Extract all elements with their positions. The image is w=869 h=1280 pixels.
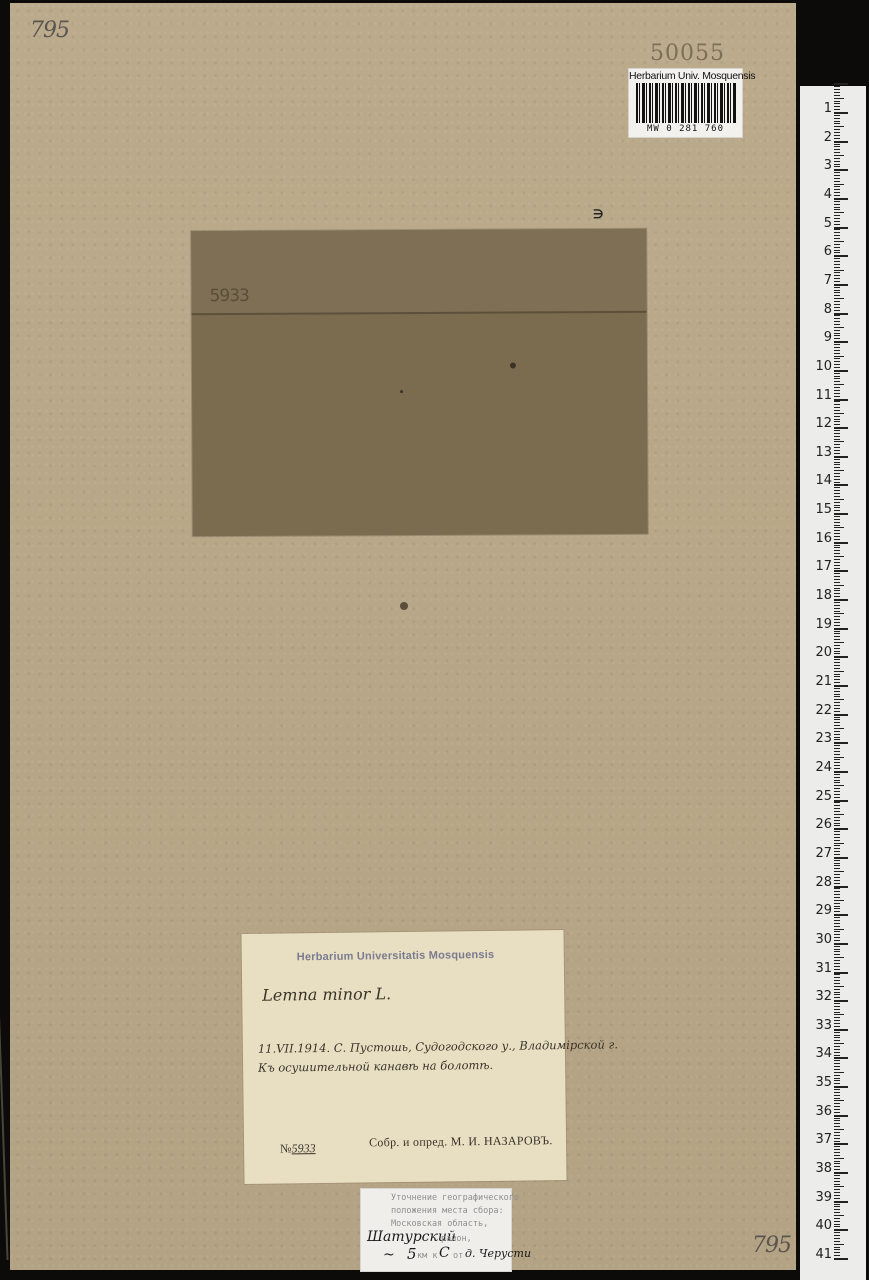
ruler-tick xyxy=(834,937,840,938)
ruler-tick xyxy=(834,1206,840,1207)
ruler-label: 7 xyxy=(824,273,832,288)
envelope-flap: 5933 xyxy=(191,229,646,315)
ruler-tick xyxy=(834,95,840,96)
ruler-tick xyxy=(834,1120,840,1121)
ruler-tick xyxy=(834,656,848,658)
ruler-tick xyxy=(834,484,848,486)
ruler-tick xyxy=(834,625,840,626)
ruler-tick xyxy=(834,1143,848,1145)
ruler-label: 14 xyxy=(815,473,832,488)
ruler-tick xyxy=(834,539,840,540)
ruler-tick xyxy=(834,949,840,950)
ruler-tick xyxy=(834,837,840,838)
ruler-tick xyxy=(834,132,840,133)
ruler-tick xyxy=(834,229,840,230)
ruler-tick xyxy=(834,315,840,316)
ruler-tick xyxy=(834,135,840,136)
ruler-tick xyxy=(834,1049,840,1050)
ruler-tick xyxy=(834,476,840,477)
ruler-tick xyxy=(834,963,840,964)
ruler-tick xyxy=(834,1146,840,1147)
ruler-tick xyxy=(834,1037,840,1038)
ruler-tick xyxy=(834,264,840,265)
ruler-tick xyxy=(834,186,840,187)
ruler-tick xyxy=(834,1083,840,1084)
ruler-tick xyxy=(834,1017,840,1018)
ruler-tick xyxy=(834,639,840,640)
ruler-tick xyxy=(834,1209,840,1210)
ruler-tick xyxy=(834,771,848,773)
ruler-tick xyxy=(834,441,844,442)
ruler-tick xyxy=(834,765,840,766)
ruler-tick xyxy=(834,1155,840,1156)
ruler-tick xyxy=(834,493,840,494)
ruler-tick xyxy=(834,843,844,844)
ruler-tick xyxy=(834,880,840,881)
barcode-title: Herbarium Univ. Mosquensis xyxy=(629,70,742,82)
ruler-tick xyxy=(834,940,840,941)
ruler-tick xyxy=(834,737,840,738)
ruler-tick xyxy=(834,1247,840,1248)
ruler-tick xyxy=(834,525,840,526)
ruler-tick xyxy=(834,542,848,544)
ruler-tick xyxy=(834,957,844,958)
ruler-tick xyxy=(834,797,840,798)
ruler-tick xyxy=(834,502,840,503)
collector-line: Собр. и опред. М. И. НАЗАРОВЪ. xyxy=(369,1133,553,1150)
ruler-tick xyxy=(834,172,840,173)
ruler-tick xyxy=(834,1115,848,1117)
ruler-tick xyxy=(834,1178,840,1179)
ruler-tick xyxy=(834,384,844,385)
ruler-tick xyxy=(834,556,844,557)
ruler-tick xyxy=(834,636,840,637)
ruler-tick xyxy=(834,1112,840,1113)
ruler-tick xyxy=(834,462,840,463)
ruler-tick xyxy=(834,307,840,308)
ruler-tick xyxy=(834,436,840,437)
ruler-tick xyxy=(834,823,840,824)
ruler-tick xyxy=(834,651,840,652)
ruler-tick xyxy=(834,261,840,262)
ruler-tick xyxy=(834,1141,840,1142)
ruler-tick xyxy=(834,923,840,924)
ruler-tick xyxy=(834,1126,840,1127)
ruler-tick xyxy=(834,152,840,153)
ruler-tick xyxy=(834,1057,848,1059)
ruler-tick xyxy=(834,694,840,695)
envelope-number: 5933 xyxy=(209,286,248,306)
ruler-tick xyxy=(834,926,840,927)
ruler-tick xyxy=(834,705,840,706)
ruler-tick xyxy=(834,613,844,614)
ruler-tick xyxy=(834,393,840,394)
ruler-tick xyxy=(834,1189,840,1190)
ruler-tick xyxy=(834,994,840,995)
ruler-tick xyxy=(834,1103,840,1104)
ruler-tick xyxy=(834,1032,840,1033)
ruler-tick xyxy=(834,416,840,417)
ruler-tick xyxy=(834,1040,840,1041)
ruler-label: 22 xyxy=(815,703,832,718)
ruler-tick xyxy=(834,507,840,508)
ruler-tick xyxy=(834,138,840,139)
ruler-tick xyxy=(834,725,840,726)
ruler-tick xyxy=(834,1014,844,1015)
ruler-tick xyxy=(834,908,840,909)
ruler-tick xyxy=(834,662,840,663)
ruler-tick xyxy=(834,1003,840,1004)
ruler-tick xyxy=(834,739,840,740)
pencil-line xyxy=(0,1000,9,1260)
number-prefix: № xyxy=(280,1141,292,1155)
ruler-tick xyxy=(834,347,840,348)
ruler-tick xyxy=(834,189,840,190)
ruler-tick xyxy=(834,800,848,802)
ruler-tick xyxy=(834,682,840,683)
ruler-tick xyxy=(834,1166,840,1167)
ruler-tick xyxy=(834,533,840,534)
herbarium-stamp: Herbarium Universitatis Mosquensis xyxy=(297,949,495,963)
ruler-label: 11 xyxy=(815,388,832,403)
ruler-tick xyxy=(834,1158,844,1159)
ruler-tick xyxy=(834,989,840,990)
ruler-tick xyxy=(834,1212,840,1213)
geo-district-suffix: район, xyxy=(441,1234,472,1244)
ruler-tick xyxy=(834,155,844,156)
ruler-tick xyxy=(834,464,840,465)
ruler-label: 35 xyxy=(815,1075,832,1090)
ruler-tick xyxy=(834,854,840,855)
ruler-tick xyxy=(834,387,840,388)
ruler-tick xyxy=(834,774,840,775)
ruler-label: 26 xyxy=(815,817,832,832)
ruler-tick xyxy=(834,149,840,150)
ruler-tick xyxy=(834,92,840,93)
ruler-tick xyxy=(834,1123,840,1124)
ruler-tick xyxy=(834,1149,840,1150)
ruler-label: 2 xyxy=(824,130,832,145)
ruler-tick xyxy=(834,404,840,405)
ruler-tick xyxy=(834,244,840,245)
ruler-tick xyxy=(834,1244,844,1245)
ruler-tick xyxy=(834,278,840,279)
ruler-tick xyxy=(834,487,840,488)
ruler-tick xyxy=(834,1092,840,1093)
ruler-tick xyxy=(834,728,844,729)
scale-ruler: 1234567891011121314151617181920212223242… xyxy=(800,86,866,1280)
ruler-tick xyxy=(834,582,840,583)
ruler-tick xyxy=(834,714,848,716)
ruler-tick xyxy=(834,1192,840,1193)
ruler-tick xyxy=(834,373,840,374)
ruler-tick xyxy=(834,622,840,623)
locality-line-2: Къ осушительной канавѣ на болотѣ. xyxy=(258,1058,493,1075)
ruler-tick xyxy=(834,103,840,104)
ruler-tick xyxy=(834,419,840,420)
ruler-label: 27 xyxy=(815,846,832,861)
ruler-tick xyxy=(834,759,840,760)
ruler-tick xyxy=(834,825,840,826)
ruler-tick xyxy=(834,1060,840,1061)
ruler-label: 8 xyxy=(824,302,832,317)
ruler-tick xyxy=(834,857,848,859)
ruler-tick xyxy=(834,845,840,846)
ruler-tick xyxy=(834,482,840,483)
ruler-tick xyxy=(834,805,840,806)
ruler-tick xyxy=(834,742,848,744)
ruler-tick xyxy=(834,565,840,566)
ruler-tick xyxy=(834,986,844,987)
ruler-label: 1 xyxy=(824,101,832,116)
ruler-tick xyxy=(834,378,840,379)
ruler-tick xyxy=(834,631,840,632)
ruler-tick xyxy=(834,169,848,171)
ruler-tick xyxy=(834,201,840,202)
ruler-tick xyxy=(834,653,840,654)
ruler-tick xyxy=(834,324,840,325)
ruler-label: 13 xyxy=(815,445,832,460)
ruler-tick xyxy=(834,1184,840,1185)
geo-from: от xyxy=(453,1251,463,1261)
ruler-tick xyxy=(834,616,840,617)
ruler-tick xyxy=(834,1012,840,1013)
ruler-tick xyxy=(834,284,848,286)
ruler-tick xyxy=(834,123,840,124)
ruler-tick xyxy=(834,433,840,434)
ruler-tick xyxy=(834,969,840,970)
barcode-label: Herbarium Univ. Mosquensis MW 0 281 760 xyxy=(628,68,743,138)
stain-spot xyxy=(510,362,516,368)
ruler-tick xyxy=(834,748,840,749)
ruler-tick xyxy=(834,447,840,448)
ruler-tick xyxy=(834,1235,840,1236)
ruler-tick xyxy=(834,960,840,961)
ruler-tick xyxy=(834,184,844,185)
ruler-tick xyxy=(834,788,840,789)
ruler-tick xyxy=(834,224,840,225)
ruler-tick xyxy=(834,321,840,322)
ruler-tick xyxy=(834,195,840,196)
ruler-tick xyxy=(834,118,840,119)
ruler-tick xyxy=(834,633,840,634)
ruler-tick xyxy=(834,791,840,792)
ruler-tick xyxy=(834,931,840,932)
ruler-tick xyxy=(834,175,840,176)
ruler-tick xyxy=(834,255,848,257)
small-mark: ∋ xyxy=(593,207,603,221)
ruler-tick xyxy=(834,605,840,606)
ruler-tick xyxy=(834,648,840,649)
ruler-label: 9 xyxy=(824,330,832,345)
stain-spot xyxy=(400,390,403,393)
ruler-label: 40 xyxy=(815,1218,832,1233)
ruler-tick xyxy=(834,1100,844,1101)
geo-approx: ~ xyxy=(383,1247,395,1263)
ruler-label: 18 xyxy=(815,588,832,603)
ruler-label: 28 xyxy=(815,875,832,890)
ruler-tick xyxy=(834,688,840,689)
ruler-tick xyxy=(834,272,840,273)
ruler-tick xyxy=(834,1089,840,1090)
ruler-tick xyxy=(834,674,840,675)
ruler-label: 6 xyxy=(824,244,832,259)
ruler-tick xyxy=(834,204,840,205)
ruler-tick xyxy=(834,1238,840,1239)
ruler-label: 20 xyxy=(815,645,832,660)
ruler-label: 36 xyxy=(815,1104,832,1119)
ruler-label: 31 xyxy=(815,961,832,976)
ruler-tick xyxy=(834,860,840,861)
ruler-tick xyxy=(834,304,840,305)
ruler-tick xyxy=(834,146,840,147)
ruler-tick xyxy=(834,972,848,974)
ruler-tick xyxy=(834,751,840,752)
geo-refinement-label: Уточнение географического положения мест… xyxy=(360,1188,512,1272)
ruler-tick xyxy=(834,101,840,102)
ruler-tick xyxy=(834,1055,840,1056)
ruler-tick xyxy=(834,929,844,930)
ruler-tick xyxy=(834,209,840,210)
ruler-tick xyxy=(834,499,844,500)
ruler-tick xyxy=(834,281,840,282)
ruler-tick xyxy=(834,1020,840,1021)
ruler-label: 16 xyxy=(815,531,832,546)
ruler-tick xyxy=(834,802,840,803)
ruler-tick xyxy=(834,573,840,574)
ruler-tick xyxy=(834,811,840,812)
ruler-tick xyxy=(834,1241,840,1242)
ruler-tick xyxy=(834,450,840,451)
ruler-tick xyxy=(834,318,840,319)
ruler-tick xyxy=(834,974,840,975)
ruler-tick xyxy=(834,1072,844,1073)
ruler-tick xyxy=(834,1052,840,1053)
ruler-tick xyxy=(834,335,840,336)
ruler-tick xyxy=(834,980,840,981)
ruler-tick xyxy=(834,232,840,233)
ruler-tick xyxy=(834,780,840,781)
ruler-tick xyxy=(834,679,840,680)
ruler-tick xyxy=(834,602,840,603)
ruler-tick xyxy=(834,599,848,601)
ruler-tick xyxy=(834,427,848,429)
geo-unit: км к xyxy=(417,1251,437,1261)
ruler-tick xyxy=(834,1255,840,1256)
ruler-tick xyxy=(834,344,840,345)
ruler-tick xyxy=(834,212,844,213)
ruler-tick xyxy=(834,590,840,591)
ruler-tick xyxy=(834,734,840,735)
corner-number-top-left: 795 xyxy=(30,18,69,43)
ruler-tick xyxy=(834,1232,840,1233)
ruler-tick xyxy=(834,828,848,830)
ruler-tick xyxy=(834,86,840,87)
ruler-tick xyxy=(834,270,844,271)
ruler-label: 30 xyxy=(815,932,832,947)
ruler-tick xyxy=(834,1186,844,1187)
ruler-tick xyxy=(834,496,840,497)
ruler-tick xyxy=(834,376,840,377)
ruler-tick xyxy=(834,785,844,786)
ruler-label: 33 xyxy=(815,1018,832,1033)
taxon-name: Lemna minor L. xyxy=(262,984,391,1005)
ruler-tick xyxy=(834,1029,848,1031)
ruler-label: 32 xyxy=(815,989,832,1004)
ruler-tick xyxy=(834,218,840,219)
ruler-tick xyxy=(834,166,840,167)
ruler-label: 37 xyxy=(815,1132,832,1147)
ruler-tick xyxy=(834,505,840,506)
ruler-tick xyxy=(834,585,844,586)
ruler-tick xyxy=(834,1086,848,1088)
ruler-tick xyxy=(834,888,840,889)
ruler-tick xyxy=(834,954,840,955)
ruler-tick xyxy=(834,1069,840,1070)
ruler-label: 39 xyxy=(815,1190,832,1205)
ruler-tick xyxy=(834,608,840,609)
ruler-tick xyxy=(834,1195,840,1196)
ruler-tick xyxy=(834,579,840,580)
ruler-tick xyxy=(834,1226,840,1227)
corner-number-bottom-right: 795 xyxy=(752,1233,791,1258)
ruler-label: 19 xyxy=(815,617,832,632)
ruler-tick xyxy=(834,1135,840,1136)
ruler-tick xyxy=(834,106,840,107)
ruler-tick xyxy=(834,1181,840,1182)
ruler-tick xyxy=(834,676,840,677)
ruler-tick xyxy=(834,1249,840,1250)
ruler-tick xyxy=(834,361,840,362)
ruler-label: 38 xyxy=(815,1161,832,1176)
ruler-tick xyxy=(834,1221,840,1222)
ruler-tick xyxy=(834,1138,840,1139)
ruler-tick xyxy=(834,914,848,916)
ruler-label: 34 xyxy=(815,1046,832,1061)
ruler-tick xyxy=(834,164,840,165)
barcode-icon xyxy=(636,83,736,123)
specimen-label: Herbarium Universitatis Mosquensis Lemna… xyxy=(241,930,566,1184)
number-value: 5933 xyxy=(291,1141,315,1155)
barcode-code: MW 0 281 760 xyxy=(629,124,742,134)
geo-distance: 5 xyxy=(407,1245,417,1263)
ruler-tick xyxy=(834,341,848,343)
ruler-tick xyxy=(834,1169,840,1170)
ruler-tick xyxy=(834,424,840,425)
ruler-tick xyxy=(834,519,840,520)
ruler-tick xyxy=(834,161,840,162)
ruler-tick xyxy=(834,353,840,354)
ruler-tick xyxy=(834,794,840,795)
ruler-tick xyxy=(834,178,840,179)
ruler-tick xyxy=(834,112,848,114)
ruler-label: 4 xyxy=(824,187,832,202)
ruler-tick xyxy=(834,1204,840,1205)
ruler-tick xyxy=(834,356,844,357)
ruler-tick xyxy=(834,98,844,99)
ruler-tick xyxy=(834,642,844,643)
ruler-tick xyxy=(834,144,840,145)
ruler-tick xyxy=(834,287,840,288)
ruler-tick xyxy=(834,410,840,411)
ruler-tick xyxy=(834,430,840,431)
ruler-label: 41 xyxy=(815,1247,832,1262)
collection-number: №5933 xyxy=(280,1141,316,1156)
ruler-tick xyxy=(834,536,840,537)
ruler-tick xyxy=(834,121,840,122)
ruler-tick xyxy=(834,951,840,952)
ruler-tick xyxy=(834,399,848,401)
